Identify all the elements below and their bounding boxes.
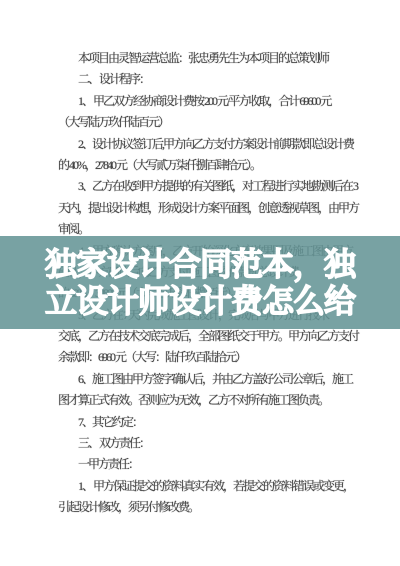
- document-line: （大写陆万玖仟陆百元）: [58, 112, 348, 133]
- document-line: 3、乙方在收到甲方提供的有关图纸，对工程进行实地勘测后在 3: [58, 176, 348, 197]
- document-line: 7、其它约定：: [58, 412, 348, 433]
- document-line: 6、施工图由甲方签字确认后，并由乙方盖好公司公章后，施工: [58, 369, 348, 390]
- document-line: 本项目由灵智运营总监：张忠勇先生为本项目的总策划师: [58, 48, 348, 69]
- document-line: 的 40%，27840 元（大写贰万柒仟捌百肆拾元）。: [58, 155, 348, 176]
- document-line: 1、 甲乙双方经协商设计费按 200 元/平方收取，合计 69600 元: [58, 91, 348, 112]
- overlay-title-line1: 独家设计合同范本，独: [45, 246, 355, 283]
- document-line: 引起设计修改，须另付修改费。: [58, 497, 348, 518]
- contract-document-photo: 本项目由灵智运营总监：张忠勇先生为本项目的总策划师二、 设计程序：1、 甲乙双方…: [0, 0, 400, 566]
- document-line: 天内，提出设计构想，形成设计方案平面图，创意透视草图，由甲方: [58, 198, 348, 219]
- title-overlay-band: 独家设计合同范本，独 立设计师设计费怎么给: [0, 236, 400, 329]
- document-line: 交底，乙方在技术交底完成后，全部图纸交于甲方。甲方向乙方支付: [58, 326, 348, 347]
- document-line: 余款即：6960 元（大写：陆仟玖百陆拾元）: [58, 347, 348, 368]
- document-line: 2、设计协议签订后,甲方向乙方支付方案设计前期款即总设计费: [58, 134, 348, 155]
- overlay-title-line2: 立设计师设计费怎么给: [45, 283, 355, 320]
- document-line: 图才算正式有效。否则应为无效，乙方不对所有施工图负责。: [58, 390, 348, 411]
- document-line: 三、 双方责任：: [58, 433, 348, 454]
- document-line: 1、 甲方保证提交的资料真实有效，若提交的资料错误或变更，: [58, 476, 348, 497]
- document-line: 一甲方责任：: [58, 454, 348, 475]
- document-line: 二、 设计程序：: [58, 69, 348, 90]
